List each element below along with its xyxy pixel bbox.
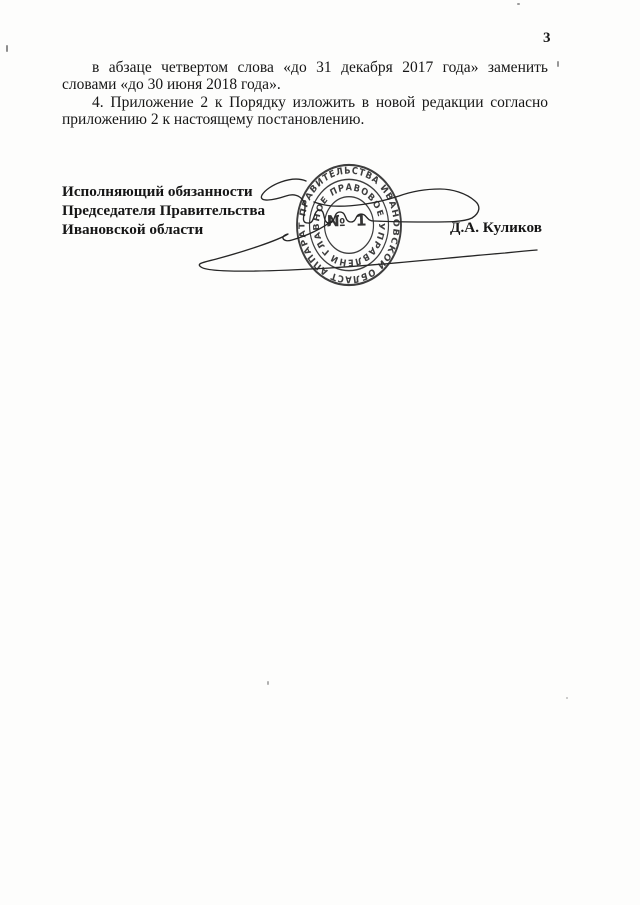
stamp-and-signature-overlay: АППАРАТ ПРАВИТЕЛЬСТВА ИВАНОВСКОЙ ОБЛАСТИ… — [0, 0, 640, 905]
scan-artifact — [267, 681, 269, 685]
scan-artifact — [557, 61, 559, 67]
signer-role-line-2: Председателя Правительства — [62, 201, 265, 220]
signer-name: Д.А. Куликов — [450, 219, 542, 237]
scan-artifact — [517, 3, 520, 5]
stamp-inner-ring-text: ГЛАВНОЕ ПРАВОВОЕ УПРАВЛЕНИЕ ⁕ — [312, 183, 385, 267]
signer-role-line-1: Исполняющий обязанности — [62, 182, 265, 201]
stamp-inner-circle — [325, 197, 374, 254]
stamp-middle-circle — [310, 179, 389, 270]
document-page: 3 в абзаце четвертом слова «до 31 декабр… — [0, 0, 640, 905]
body-line-1: в абзаце четвертом слова «до 31 декабря … — [92, 59, 548, 77]
official-round-stamp: АППАРАТ ПРАВИТЕЛЬСТВА ИВАНОВСКОЙ ОБЛАСТИ… — [297, 165, 401, 285]
stamp-center-number: № 1 — [326, 211, 369, 230]
stamp-outer-ring-text: АППАРАТ ПРАВИТЕЛЬСТВА ИВАНОВСКОЙ ОБЛАСТИ… — [298, 166, 400, 284]
signer-role-line-3: Ивановской области — [62, 220, 265, 239]
signature-block: Исполняющий обязанности Председателя Пра… — [62, 182, 265, 239]
stamp-outer-circle — [297, 165, 401, 285]
signature-main-stroke — [261, 179, 478, 223]
page-number: 3 — [543, 30, 551, 47]
body-line-4: приложению 2 к настоящему постановлению. — [62, 111, 364, 129]
body-line-2: словами «до 30 июня 2018 года». — [62, 76, 281, 94]
scan-artifact — [6, 45, 8, 52]
body-line-3: 4. Приложение 2 к Порядку изложить в нов… — [92, 94, 548, 112]
scan-artifact — [566, 697, 568, 699]
